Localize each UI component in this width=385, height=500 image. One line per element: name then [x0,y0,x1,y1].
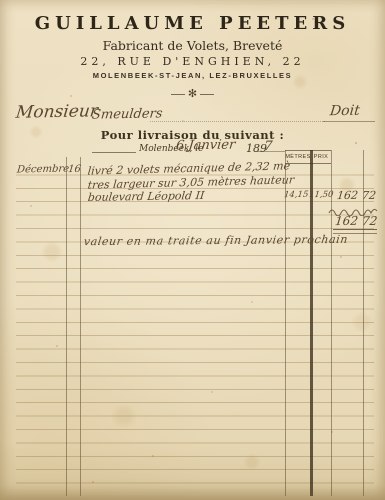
col-prix-label: PRIX [311,154,331,160]
column-rule-prix [310,150,313,496]
date-handwritten: 6 Janvier [175,137,236,153]
column-rule-metres [285,150,286,496]
entry-amount-centimes: 72 [361,189,376,202]
column-rule-month [66,157,67,496]
foxing-specks [0,0,2,2]
entry-month: Décembre [16,164,69,176]
doit-underline [323,121,375,122]
date-dash [92,152,136,153]
column-rule-day [80,157,81,496]
header-box-bottom [285,163,331,164]
header-box-top [285,150,331,151]
company-name: GUILLAUME PEETERS [0,13,385,34]
total-francs: 162 [331,214,359,228]
column-rule-amount [331,150,332,496]
entry-prix-value: 11,50 [308,190,329,200]
entry-day: 16 [67,164,81,175]
ruled-lines [16,162,374,496]
company-address: 22, RUE D'ENGHIEN, 22 [0,55,385,68]
company-city: MOLENBEEK-ST-JEAN, LEZ-BRUXELLES [0,71,385,80]
total-centimes: 72 [361,214,378,228]
payment-note: valeur en ma traite au fin Janvier proch… [83,233,349,248]
entry-description-line: boulevard Léopold II [87,189,205,204]
client-baseline [150,121,325,122]
invoice-document: GUILLAUME PEETERS Fabricant de Volets, B… [0,0,385,500]
ornament-divider: ✻ [0,87,385,100]
fleuron-icon: ✻ [188,87,197,100]
entry-amount-francs: 162 [333,189,358,202]
date-flourish-line [255,151,285,152]
company-subtitle: Fabricant de Volets, Breveté [0,38,385,53]
entry-metres-value: 14,15 [283,190,308,200]
salutation: Monsieur [15,101,99,122]
doit-label: Doit [329,103,361,120]
